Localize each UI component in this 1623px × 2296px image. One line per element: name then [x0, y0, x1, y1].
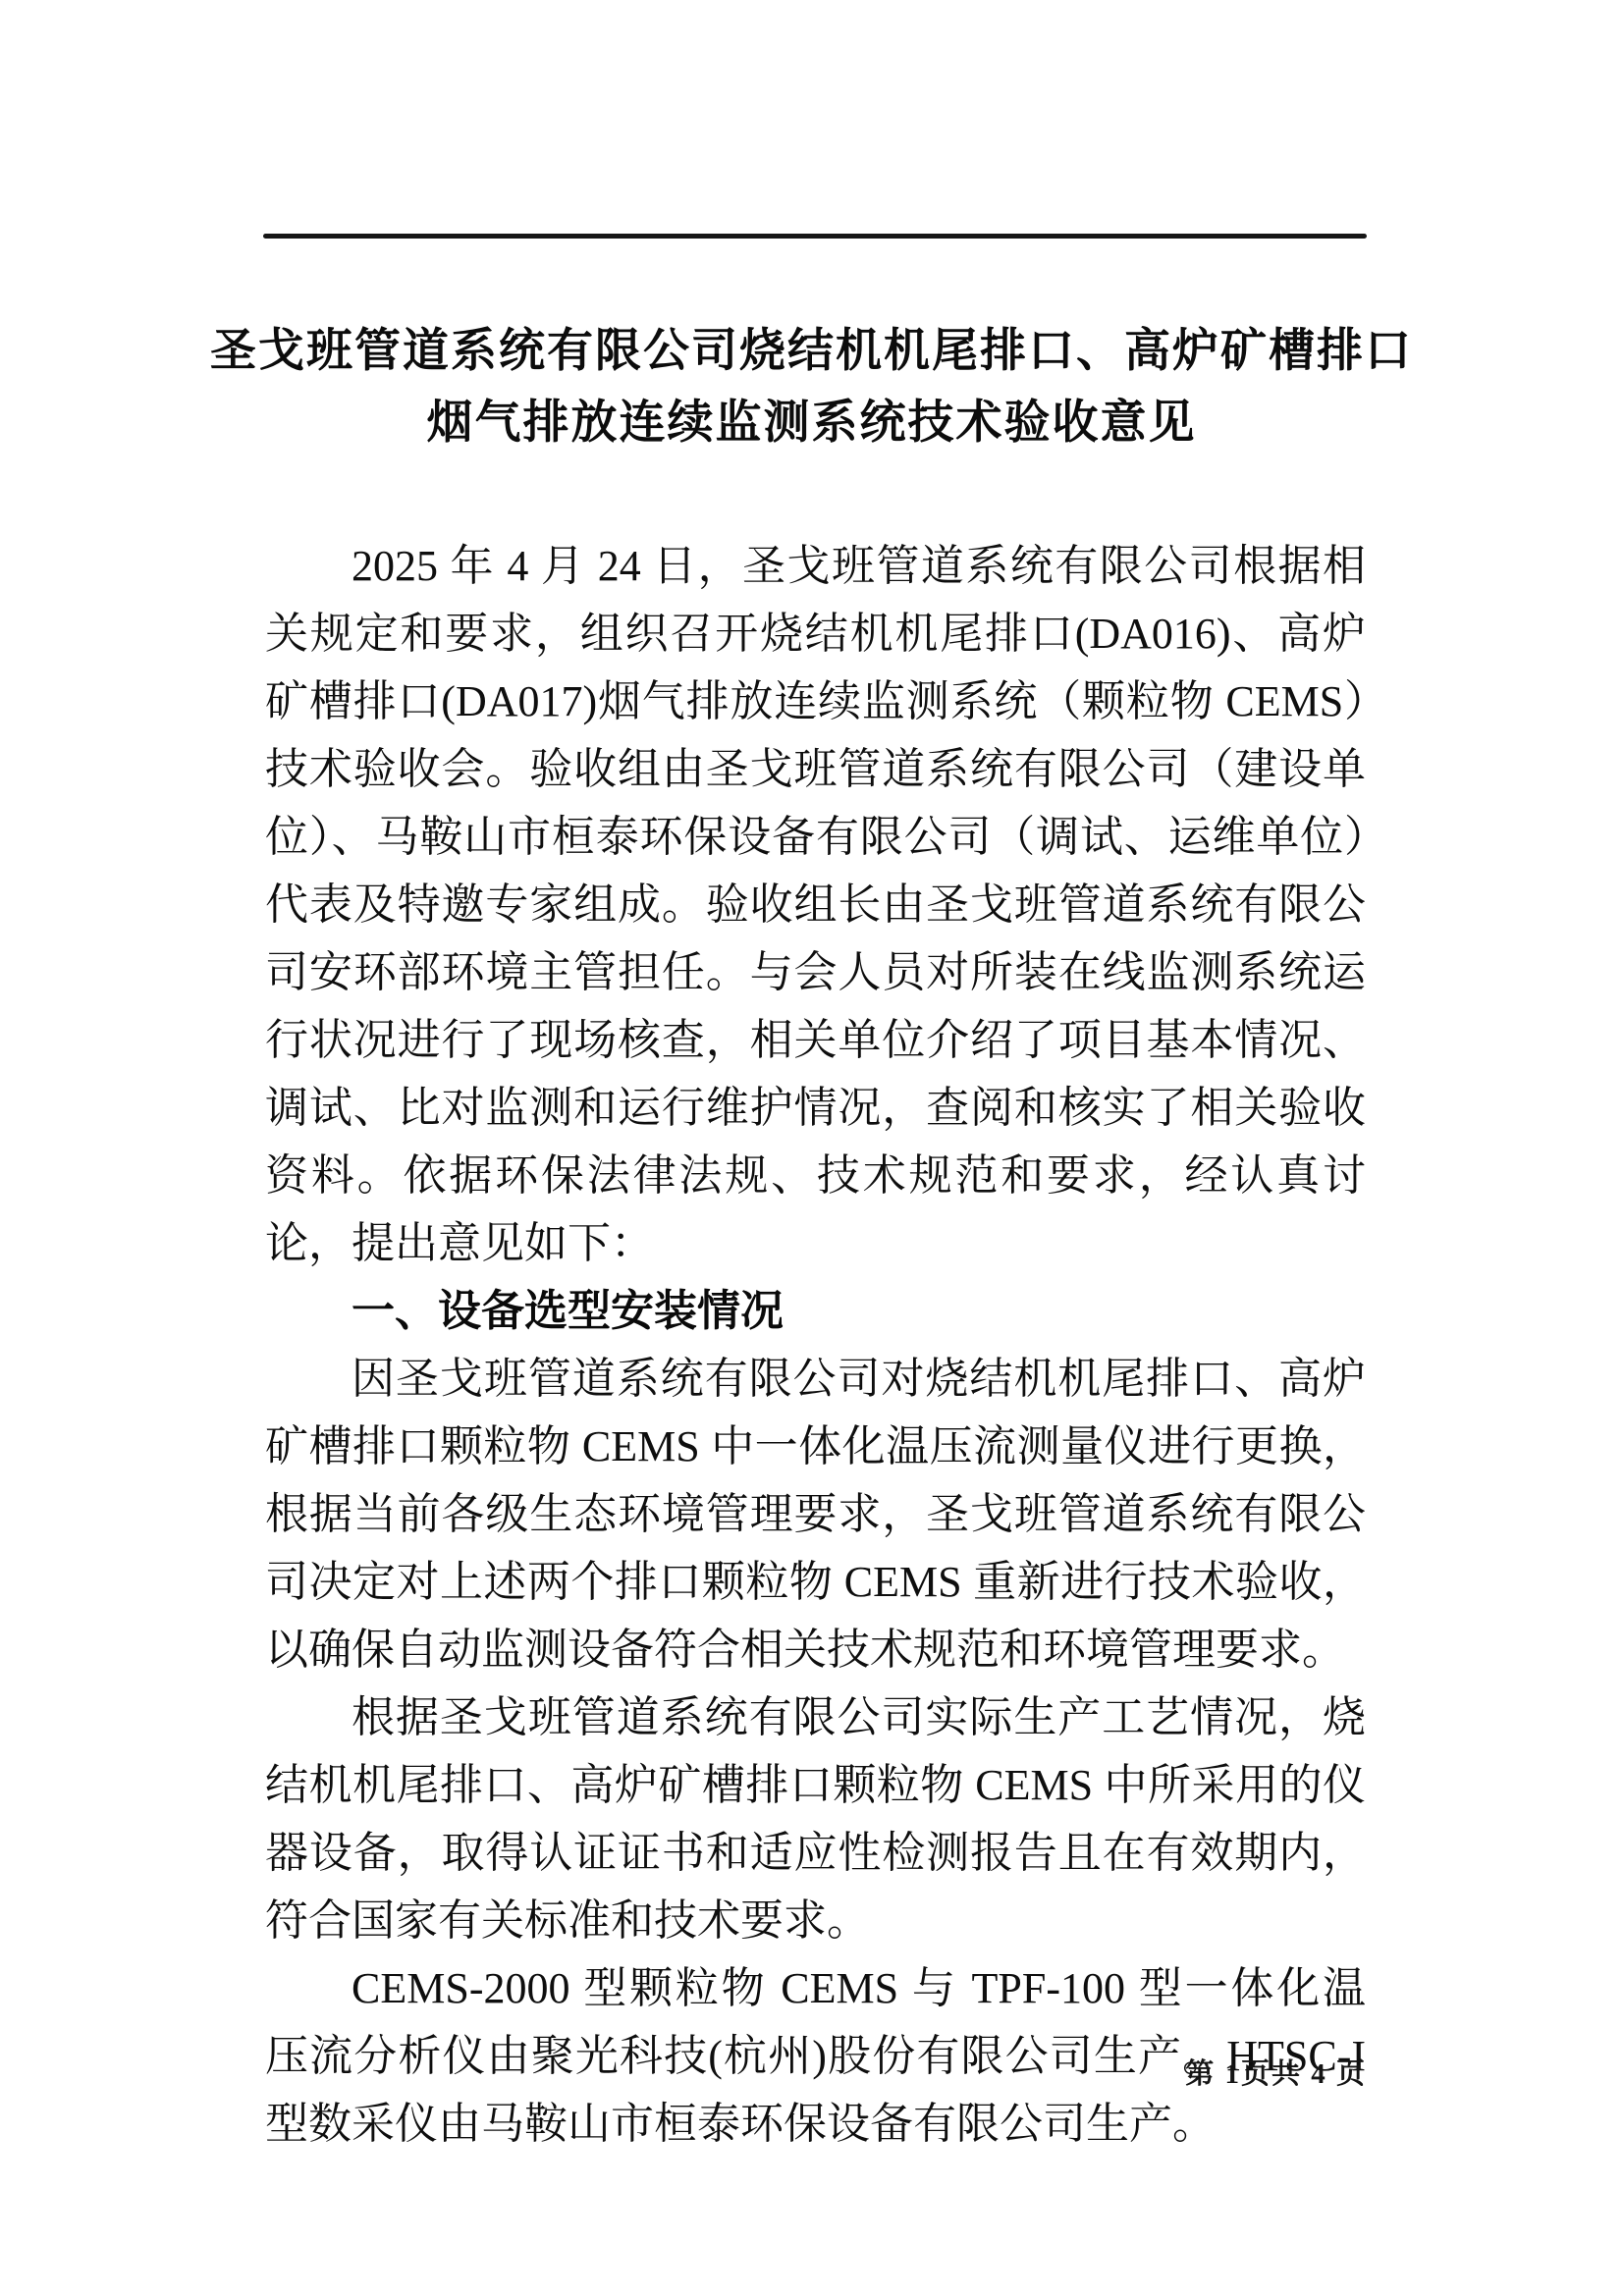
page-number: 第 1页共 4 页	[265, 2052, 1367, 2092]
document-title: 圣戈班管道系统有限公司烧结机机尾排口、高炉矿槽排口 烟气排放连续监测系统技术验收…	[128, 316, 1495, 459]
document-page: 圣戈班管道系统有限公司烧结机机尾排口、高炉矿槽排口 烟气排放连续监测系统技术验收…	[0, 0, 1623, 2296]
document-title-line-1: 圣戈班管道系统有限公司烧结机机尾排口、高炉矿槽排口	[128, 316, 1495, 388]
document-body: 2025 年 4 月 24 日，圣戈班管道系统有限公司根据相关规定和要求，组织召…	[265, 532, 1366, 2158]
paragraph-equipment-replacement: 因圣戈班管道系统有限公司对烧结机机尾排口、高炉矿槽排口颗粒物 CEMS 中一体化…	[265, 1345, 1366, 1683]
section-heading-1: 一、设备选型安装情况	[265, 1277, 1366, 1345]
paragraph-equipment-certification: 根据圣戈班管道系统有限公司实际生产工艺情况，烧结机机尾排口、高炉矿槽排口颗粒物 …	[265, 1683, 1366, 1954]
document-title-line-2: 烟气排放连续监测系统技术验收意见	[128, 388, 1495, 459]
header-divider-line	[263, 234, 1367, 239]
paragraph-intro: 2025 年 4 月 24 日，圣戈班管道系统有限公司根据相关规定和要求，组织召…	[265, 532, 1366, 1277]
